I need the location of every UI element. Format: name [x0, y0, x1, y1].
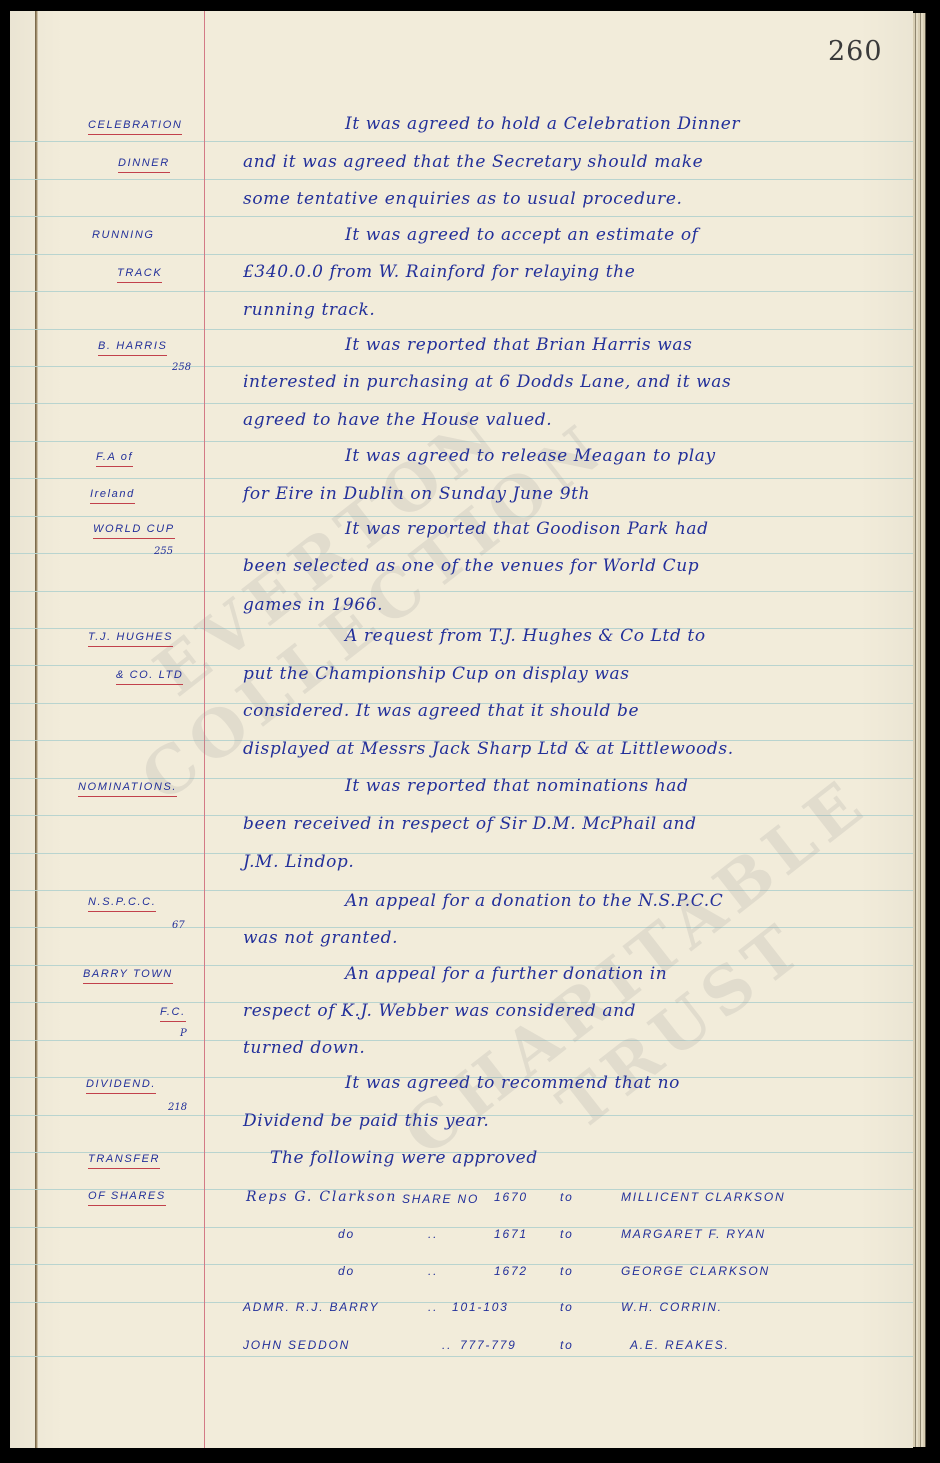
transfer-to-word: to [560, 1338, 574, 1352]
transfer-label: SHARE No [402, 1192, 479, 1206]
minute-line: displayed at Messrs Jack Sharp Ltd & at … [243, 739, 734, 759]
minute-line: It was agreed to hold a Celebration Dinn… [345, 114, 740, 134]
margin-heading: Ireland [90, 488, 135, 504]
transfer-to: W.H. CORRIN. [621, 1300, 723, 1314]
minute-line: interested in purchasing at 6 Dodds Lane… [243, 372, 731, 392]
transfer-from: ADMR. R.J. BARRY [243, 1300, 379, 1314]
transfer-to-word: to [560, 1264, 574, 1278]
minute-line: agreed to have the House valued. [243, 410, 552, 430]
transfer-shares: 1672 [494, 1264, 528, 1278]
transfer-to: MARGARET F. RYAN [621, 1227, 766, 1241]
margin-heading: N.S.P.C.C. [88, 896, 156, 912]
margin-rule [204, 11, 205, 1448]
binding-gutter [35, 11, 38, 1448]
minute-line: was not granted. [243, 928, 398, 948]
transfer-to: GEORGE CLARKSON [621, 1264, 770, 1278]
margin-heading: RUNNING [92, 229, 155, 241]
minute-line: and it was agreed that the Secretary sho… [243, 152, 703, 172]
margin-heading: F.C. [160, 1006, 186, 1022]
margin-heading: WORLD CUP [93, 523, 175, 539]
minute-line: It was reported that Brian Harris was [345, 335, 692, 355]
minute-line: Dividend be paid this year. [243, 1111, 489, 1131]
transfer-to-word: to [560, 1190, 574, 1204]
transfer-label: .. [428, 1300, 438, 1314]
margin-heading: CELEBRATION [88, 119, 182, 135]
transfer-shares: 101-103 [452, 1300, 509, 1314]
page-edge-stack [913, 13, 926, 1447]
margin-heading: F.A of [96, 451, 133, 467]
minute-line: It was reported that nominations had [345, 776, 689, 796]
minute-line: been received in respect of Sir D.M. McP… [243, 814, 697, 834]
minute-line: It was agreed to recommend that no [345, 1073, 680, 1093]
minute-line: been selected as one of the venues for W… [243, 556, 699, 576]
minute-line: put the Championship Cup on display was [243, 664, 630, 684]
transfer-to: A.E. REAKES. [630, 1338, 730, 1352]
margin-heading: B. HARRIS [98, 340, 167, 356]
minute-line: for Eire in Dublin on Sunday June 9th [243, 484, 590, 504]
margin-note: 218 [168, 1102, 187, 1113]
margin-heading: OF SHARES [88, 1190, 166, 1206]
minute-line: running track. [243, 300, 375, 320]
minute-line: An appeal for a further donation in [345, 964, 667, 984]
minute-line: some tentative enquiries as to usual pro… [243, 189, 683, 209]
transfer-from: Reps G. Clarkson [246, 1189, 397, 1205]
minute-line: respect of K.J. Webber was considered an… [243, 1001, 636, 1021]
margin-heading: DIVIDEND. [86, 1078, 156, 1094]
minute-line: It was reported that Goodison Park had [345, 519, 709, 539]
minute-line: J.M. Lindop. [243, 852, 354, 872]
minute-line: An appeal for a donation to the N.S.P.C.… [345, 891, 723, 911]
page-number: 260 [828, 36, 883, 67]
transfer-label: .. [442, 1338, 452, 1352]
transfer-from: do [338, 1227, 355, 1241]
margin-heading: NOMINATIONS. [78, 781, 177, 797]
minute-line: £340.0.0 from W. Rainford for relaying t… [243, 262, 635, 282]
margin-heading: TRANSFER [88, 1153, 160, 1169]
transfer-from: do [338, 1264, 355, 1278]
minute-line: It was agreed to release Meagan to play [345, 446, 716, 466]
transfer-from: JOHN SEDDON [243, 1338, 350, 1352]
margin-note: 67 [172, 920, 185, 931]
transfer-label: .. [428, 1264, 438, 1278]
minute-line: A request from T.J. Hughes & Co Ltd to [345, 626, 706, 646]
minute-line: The following were approved [270, 1148, 538, 1168]
transfer-to: MILLICENT CLARKSON [621, 1190, 785, 1204]
transfer-shares: 777-779 [460, 1338, 517, 1352]
minute-line: considered. It was agreed that it should… [243, 701, 639, 721]
margin-note: 255 [154, 546, 173, 557]
transfer-shares: 1671 [494, 1227, 528, 1241]
margin-heading: DINNER [118, 157, 170, 173]
minute-line: turned down. [243, 1038, 365, 1058]
transfer-label: .. [428, 1227, 438, 1241]
margin-heading: TRACK [117, 267, 162, 283]
margin-heading: BARRY TOWN [83, 968, 173, 984]
margin-note: P [180, 1028, 187, 1039]
minute-line: games in 1966. [243, 595, 383, 615]
transfer-to-word: to [560, 1300, 574, 1314]
margin-heading: T.J. HUGHES [88, 631, 173, 647]
margin-heading: & Co. LTD [116, 669, 183, 685]
transfer-to-word: to [560, 1227, 574, 1241]
minute-line: It was agreed to accept an estimate of [345, 225, 699, 245]
transfer-shares: 1670 [494, 1190, 528, 1204]
margin-note: 258 [172, 362, 191, 373]
